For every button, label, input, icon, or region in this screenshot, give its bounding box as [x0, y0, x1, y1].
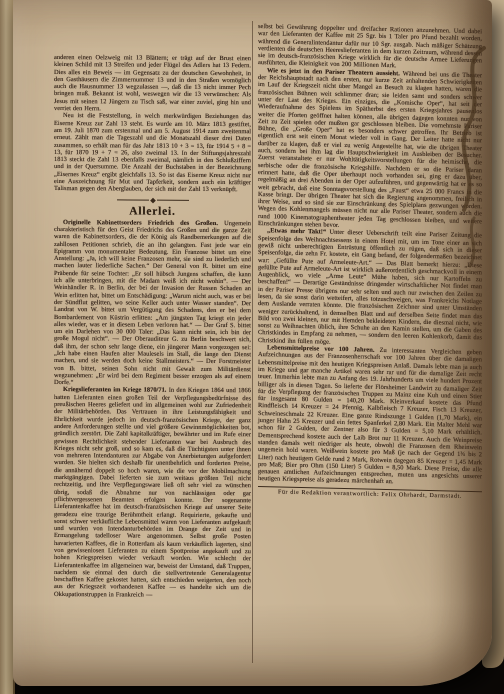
paragraph-text: Neu ist die Feststellung, in welch merkw… — [54, 112, 251, 193]
ornament-line — [157, 200, 189, 201]
paragraph-text: Ungemein charakteristisch für den Geist … — [54, 220, 251, 387]
ornament-diamond-icon — [150, 197, 156, 203]
right-column: selbst bei Gewährung doppelter und dreif… — [258, 23, 482, 501]
article-paragraph: Originelle Kabinettsorders Friedrich des… — [54, 219, 251, 388]
left-column: anderen einen Oelzweig mit 13 Blättern; … — [54, 54, 251, 599]
paragraph-text: selbst bei Gewährung doppelter und dreif… — [258, 23, 482, 70]
newspaper-page: anderen einen Oelzweig mit 13 Blättern; … — [13, 0, 492, 686]
article-paragraph: Neu ist die Feststellung, in welch merkw… — [54, 112, 251, 193]
section-heading: Allerlei. — [54, 205, 251, 218]
article-paragraph: anderen einen Oelzweig mit 13 Blättern; … — [54, 54, 251, 114]
article-paragraph: selbst bei Gewährung doppelter und dreif… — [258, 23, 482, 72]
column-divider-rule — [252, 21, 253, 663]
section-divider-ornament — [117, 198, 189, 202]
article-paragraph: Lebensmittelpreise vor 100 Jahren. Zu in… — [258, 344, 482, 488]
paragraph-text: Unter dieser Ueberschrift teilt eine Par… — [258, 229, 482, 345]
photo-background: anderen einen Oelzweig mit 13 Blättern; … — [0, 0, 504, 694]
paragraph-text: In den Kriegen 1864 und 1866 hatten Lief… — [54, 387, 251, 598]
paragraph-text: anderen einen Oelzweig mit 13 Blättern; … — [54, 54, 251, 112]
paragraph-text: Während bei uns die Theater der Reichsha… — [258, 70, 482, 229]
ornament-line — [117, 199, 149, 200]
article-paragraph: Wie es jetzt in den Pariser Theatern aus… — [258, 67, 482, 233]
article-paragraph: „Etwas mehr Takt!“ Unter dieser Uebersch… — [258, 227, 482, 349]
article-paragraph: Kriegslieferanten im Kriege 1870/71. In … — [54, 386, 251, 599]
paragraph-text: Zu interessanten Vergleichen geben Aufze… — [258, 347, 482, 486]
